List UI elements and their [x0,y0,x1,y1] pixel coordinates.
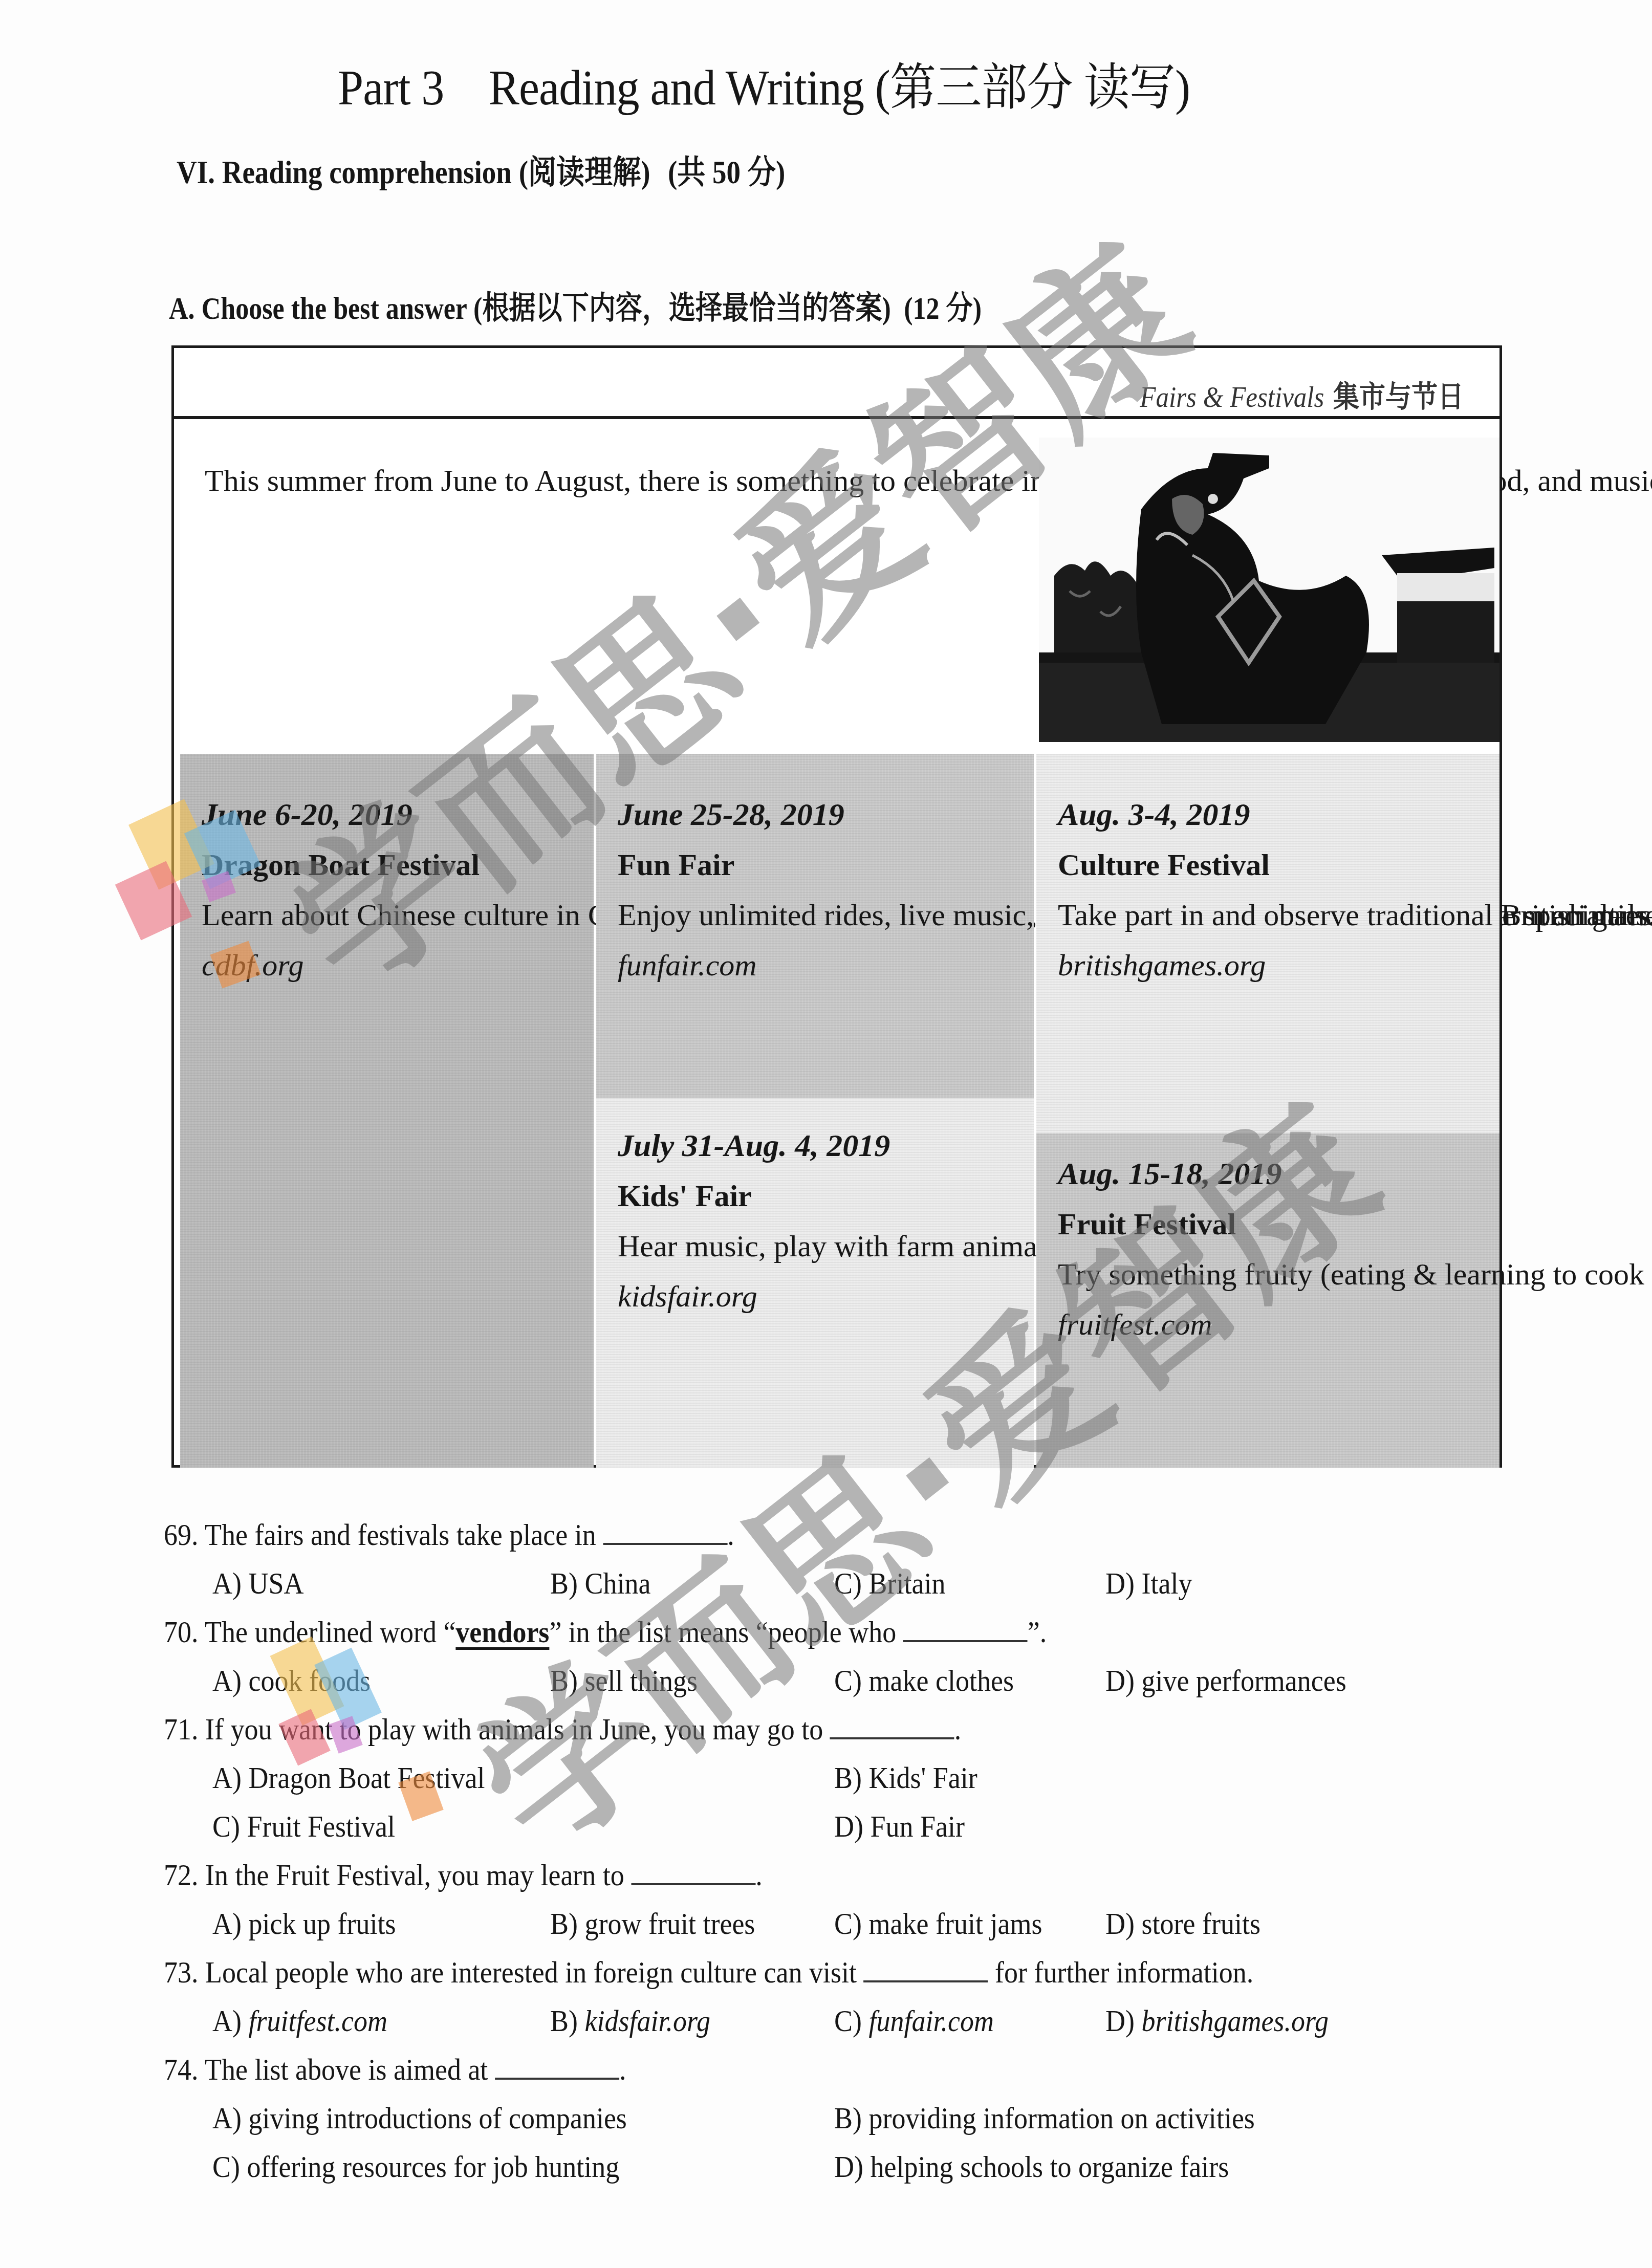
question-74: 74. The list above is aimed at . [164,2052,626,2087]
subsection-score: (12 分) [904,291,982,326]
option-70-b[interactable]: B) sell things [550,1663,698,1698]
answer-blank[interactable] [495,2078,619,2080]
box-label: Fairs & Festivals集市与节日 [1140,373,1464,416]
question-number: 69. [164,1518,199,1552]
answer-blank[interactable] [864,1980,988,1982]
event-name: Kids' Fair [618,1171,1012,1221]
option-74-c[interactable]: C) offering resources for job hunting [212,2149,619,2185]
passage-box-header: Fairs & Festivals集市与节日 [174,348,1499,419]
event-date: June 6-20, 2019 [202,790,572,840]
box-label-zh: 集市与节日 [1333,380,1464,413]
question-number: 71. [164,1712,199,1746]
question-stem: Local people who are interested in forei… [205,1955,857,1989]
question-stem-end: . [755,1858,763,1892]
event-card-kids-fair: July 31-Aug. 4, 2019 Kids' Fair Hear mus… [596,1098,1034,1468]
event-card-culture-festival: Aug. 3-4, 2019 Culture Festival Take par… [1036,754,1499,1133]
question-stem: The fairs and festivals take place in [205,1518,596,1552]
option-69-b[interactable]: B) China [550,1566,650,1601]
event-url[interactable]: britishgames.org [1058,940,1478,990]
subsection-title-text: A. Choose the best answer (根据以下内容，选择最恰当的… [169,291,891,326]
question-stem-end: . [727,1518,734,1552]
option-letter: C) [834,2004,862,2038]
option-72-b[interactable]: B) grow fruit trees [550,1906,755,1942]
event-url[interactable]: fruitfest.com [1058,1299,1478,1349]
option-73-b[interactable]: B) kidsfair.org [550,2003,710,2039]
option-74-a[interactable]: A) giving introductions of companies [212,2101,627,2136]
option-73-a[interactable]: A) fruitfest.com [212,2003,387,2039]
question-69: 69. The fairs and festivals take place i… [164,1517,734,1553]
option-70-c[interactable]: C) make clothes [834,1663,1014,1698]
question-number: 74. [164,2053,199,2086]
event-name: Fruit Festival [1058,1199,1478,1249]
option-text: fruitfest.com [248,2004,387,2038]
question-number: 72. [164,1858,199,1892]
question-stem-middle: ” in the list means “people who [549,1615,896,1649]
passage-intro: This summer from June to August, there i… [205,455,998,506]
option-72-c[interactable]: C) make fruit jams [834,1906,1042,1942]
answer-blank[interactable] [631,1883,755,1885]
event-date: July 31-Aug. 4, 2019 [618,1121,1012,1171]
part-number: Part 3 [338,60,444,116]
event-date: June 25-28, 2019 [618,790,1012,840]
part-subtitle: Reading and Writing (第三部分 读写) [489,60,1190,116]
option-72-a[interactable]: A) pick up fruits [212,1906,396,1942]
question-stem-end: . [954,1712,962,1746]
option-69-d[interactable]: D) Italy [1105,1566,1192,1601]
question-stem-end: . [619,2053,626,2086]
question-stem: The underlined word “ [205,1615,455,1649]
event-description: Learn about Chinese culture in Colorado … [202,890,572,940]
option-69-c[interactable]: C) Britain [834,1566,945,1601]
subsection-title: A. Choose the best answer (根据以下内容，选择最恰当的… [169,282,982,328]
event-date: Aug. 3-4, 2019 [1058,790,1478,840]
question-72: 72. In the Fruit Festival, you may learn… [164,1858,763,1893]
part-title: Part 3Reading and Writing (第三部分 读写) [338,47,1190,119]
option-71-c[interactable]: C) Fruit Festival [212,1809,395,1844]
event-card-fruit-festival: Aug. 15-18, 2019 Fruit Festival Try some… [1036,1133,1499,1468]
event-url[interactable]: funfair.com [618,940,1012,990]
option-74-b[interactable]: B) providing information on activities [834,2101,1255,2136]
event-date: Aug. 15-18, 2019 [1058,1149,1478,1199]
underlined-keyword: vendors [455,1615,549,1649]
question-stem: The list above is aimed at [205,2053,488,2086]
option-letter: B) [550,2004,578,2038]
event-description: Try something fruity (eating & learning … [1058,1249,1478,1299]
intro-text: This summer from June to August, there i… [205,455,998,506]
option-71-a[interactable]: A) Dragon Boat Festival [212,1760,485,1796]
box-label-en: Fairs & Festivals [1140,380,1324,413]
option-70-d[interactable]: D) give performances [1105,1663,1346,1698]
section-title-text: VI. Reading comprehension (阅读理解) [177,154,650,190]
answer-blank[interactable] [903,1640,1028,1642]
event-description: Take part in and observe traditional Bri… [1058,890,1478,940]
answer-blank[interactable] [603,1543,727,1545]
question-73: 73. Local people who are interested in f… [164,1955,1253,1990]
option-text: britishgames.org [1141,2004,1329,2038]
question-stem-end: ”. [1028,1615,1047,1649]
option-letter: A) [212,2004,242,2038]
event-description: Hear music, play with farm animals, and … [618,1221,1012,1271]
option-text: kidsfair.org [585,2004,711,2038]
dragon-dance-photo [1039,438,1499,742]
question-stem: In the Fruit Festival, you may learn to [205,1858,624,1892]
option-text: funfair.com [869,2004,994,2038]
event-name: Culture Festival [1058,840,1478,890]
event-url[interactable]: kidsfair.org [618,1271,1012,1321]
question-number: 73. [164,1955,199,1989]
option-71-d[interactable]: D) Fun Fair [834,1809,965,1844]
option-letter: D) [1105,2004,1135,2038]
question-stem-end: for further information. [995,1955,1253,1989]
option-73-c[interactable]: C) funfair.com [834,2003,994,2039]
answer-blank[interactable] [830,1737,954,1739]
event-card-fun-fair: June 25-28, 2019 Fun Fair Enjoy unlimite… [596,754,1034,1098]
option-71-b[interactable]: B) Kids' Fair [834,1760,977,1796]
section-title: VI. Reading comprehension (阅读理解)(共 50 分) [177,146,785,193]
question-number: 70. [164,1615,199,1649]
option-73-d[interactable]: D) britishgames.org [1105,2003,1329,2039]
passage-box: Fairs & Festivals集市与节日 This summer from … [171,345,1502,1468]
option-74-d[interactable]: D) helping schools to organize fairs [834,2149,1229,2185]
option-69-a[interactable]: A) USA [212,1566,304,1601]
event-name: Fun Fair [618,840,1012,890]
photo-image-icon [1039,438,1499,742]
section-score: (共 50 分) [668,154,785,190]
event-description: Enjoy unlimited rides, live music, firew… [618,890,1012,940]
option-72-d[interactable]: D) store fruits [1105,1906,1260,1942]
